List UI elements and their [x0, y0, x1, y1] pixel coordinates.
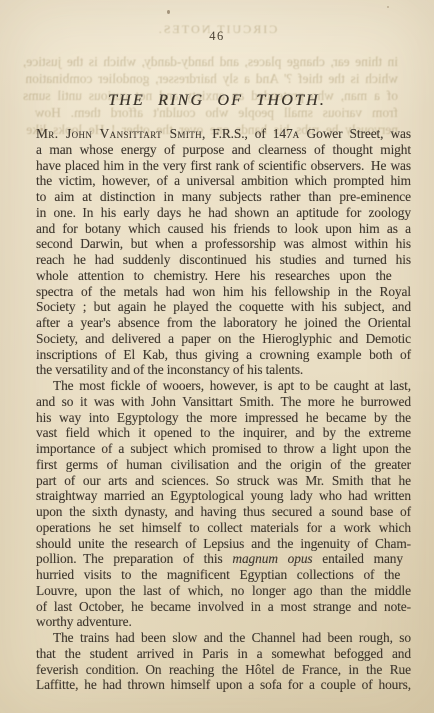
text-line: Society ; but again he played the coquet… — [36, 299, 411, 315]
text-line: Laffitte, he had thrown himself upon a s… — [36, 677, 411, 693]
text-line: pollion. The preparation of this magnum … — [36, 551, 411, 567]
text-line: first germs of human civilisation and th… — [36, 457, 411, 473]
text-line: have placed him in the very first rank o… — [36, 158, 411, 174]
text-line: worthy adventure. — [36, 614, 411, 630]
text-line: hurried visits to the magnificent Egypti… — [36, 567, 411, 583]
text-line: part of our arts and sciences. So struck… — [36, 473, 411, 489]
text-line: inscriptions of El Kab, thus giving a cr… — [36, 347, 411, 363]
text-line: of last October, he became involved in a… — [36, 599, 411, 615]
text-line: that the student arrived in Paris in a s… — [36, 646, 411, 662]
text-line: his way into Egyptology the more impress… — [36, 410, 411, 426]
text-line: to aim at distinction in many subjects r… — [36, 189, 411, 205]
paper-speck — [387, 6, 389, 8]
text-line: operations he set himself to collect mat… — [36, 520, 411, 536]
text-line: The most fickle of wooers, however, is a… — [36, 378, 411, 394]
text-line: after a year's absence from the laborato… — [36, 315, 411, 331]
text-line: The trains had been slow and the Channel… — [36, 630, 411, 646]
text-line: Society, and delivered a paper on the Hi… — [36, 331, 411, 347]
text-line: vast field which it opened to the inquir… — [36, 425, 411, 441]
text-line: whole attention to chemistry. Here his r… — [36, 268, 411, 284]
text-line: upon the sixth dynasty, and having thus … — [36, 504, 411, 520]
bleedthrough-line: in thine ear, change places, and handy-d… — [23, 53, 398, 70]
page-number: 46 — [0, 29, 434, 44]
text-line: should unite the research of Lepsius and… — [36, 536, 411, 552]
text-line: straightway married an Egyptological you… — [36, 488, 411, 504]
text-line: second Darwin, but when a professorship … — [36, 236, 411, 252]
text-line: and for botany which caused his friends … — [36, 221, 411, 237]
story-title: THE RING OF THOTH. — [0, 92, 434, 110]
text-line: reach he had suddenly discontinued his s… — [36, 252, 411, 268]
bleedthrough-line: which is the thief ?' And a sly hairdres… — [23, 70, 398, 87]
paper-speck — [167, 10, 170, 14]
body-text: Mr. John Vansittart Smith, F.R.S., of 14… — [36, 126, 411, 693]
text-line: a man whose energy of purpose and clearn… — [36, 142, 411, 158]
text-line: the versatility and of the inconstancy o… — [36, 362, 411, 378]
text-line: Mr. John Vansittart Smith, F.R.S., of 14… — [36, 126, 411, 142]
text-line: feverish condition. On reaching the Hôte… — [36, 662, 411, 678]
text-line: importance of a subject which promised t… — [36, 441, 411, 457]
text-line: and so it was with John Vansittart Smith… — [36, 394, 411, 410]
book-page: CIRCUIT NOTES. in thine ear, change plac… — [0, 0, 434, 713]
text-line: in one. In his early days he had shown a… — [36, 205, 411, 221]
text-line: Louvre, upon the last of which, no longe… — [36, 583, 411, 599]
text-line: spectra of the metals had won him his fe… — [36, 284, 411, 300]
text-line: the victim, however, of a universal ambi… — [36, 173, 411, 189]
